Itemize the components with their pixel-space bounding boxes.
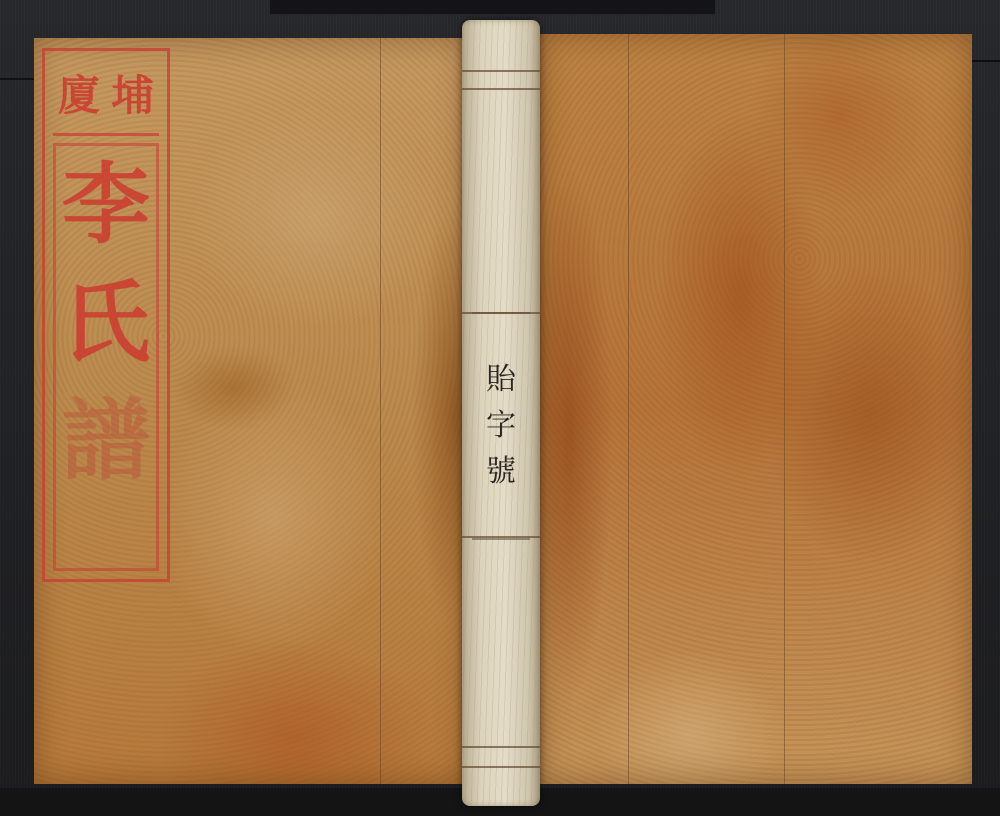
spine-char: 貽	[486, 365, 516, 395]
cover-crease	[784, 34, 785, 784]
cover-crease	[380, 38, 381, 784]
board-seam	[0, 78, 36, 80]
seal-char: 埔	[111, 75, 153, 117]
spine-label: 貽 字 號	[472, 312, 530, 540]
binding-thread	[462, 766, 540, 768]
cover-crease	[628, 34, 629, 784]
book-spine: 貽 字 號	[462, 20, 540, 806]
seal-header: 廈 埔	[53, 59, 159, 136]
binding-thread	[462, 70, 540, 72]
board-seam	[270, 0, 715, 14]
binding-thread	[462, 746, 540, 748]
seal-char: 氏	[62, 278, 150, 366]
seal-char: 廈	[58, 75, 100, 117]
board-seam	[968, 60, 1000, 62]
red-seal-stamp: 廈 埔 李 氏 譜	[42, 48, 170, 582]
seal-char: 譜	[62, 396, 150, 484]
binding-thread	[462, 88, 540, 90]
seal-char: 李	[62, 160, 150, 248]
right-cover	[540, 34, 972, 784]
seal-body: 李 氏 譜	[53, 143, 159, 571]
spine-char: 字	[486, 411, 516, 441]
spine-char: 號	[486, 457, 516, 487]
